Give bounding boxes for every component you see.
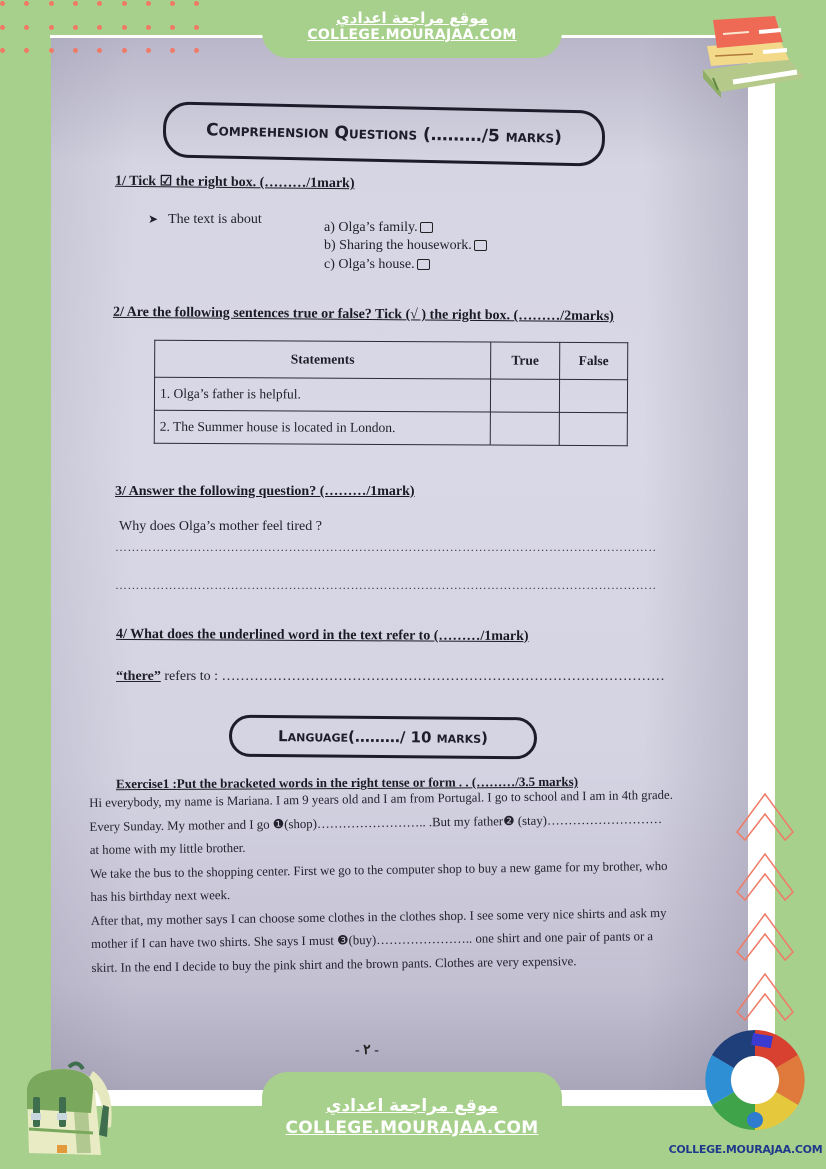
q4-prompt: refers to : …………………………………………………………………………… [161,669,664,684]
q1-stem-text: The text is about [168,212,262,227]
site-footer-banner[interactable]: موقع مراجعة اعدادي COLLEGE.MOURAJAA.COM [262,1072,562,1169]
q1-heading: 1/ Tick ☑ the right box. (………/1mark) [115,173,355,193]
logo-caption: COLLEGE.MOURAJAA.COM [665,1143,826,1156]
decorative-dot [146,48,151,53]
decorative-dot [49,25,54,30]
decorative-dot [170,1,175,6]
checkbox-c[interactable] [417,259,430,270]
q1-stem: ➤The text is about [148,212,262,228]
decorative-dot [73,1,78,6]
decorative-dot [122,25,127,30]
table-row: 1. Olga’s father is helpful. [154,377,627,412]
header-statements: Statements [155,340,491,379]
decorative-dot [0,48,5,53]
q4-answer-line[interactable]: “there” refers to : ……………………………………………………… [116,669,664,685]
checkbox-a[interactable] [420,222,433,233]
q3-heading: 3/ Answer the following question? (………/1… [115,484,415,500]
false-cell-1[interactable] [559,379,627,412]
chevron-up-decoration-icon [735,790,795,1030]
decorative-dot [146,25,151,30]
decorative-dot [146,1,151,6]
footer-arabic-title[interactable]: موقع مراجعة اعدادي [262,1072,562,1116]
exercise1-paragraph: Hi everybody, my name is Mariana. I am 9… [89,783,732,980]
true-cell-2[interactable] [490,412,559,445]
statement-2: 2. The Summer house is located in London… [154,410,490,445]
exam-page: Comprehension Questions (………/5 marks) 1/… [51,38,748,1090]
underlined-word: “there” [116,669,161,684]
q3-answer-line-2[interactable]: …………………………………………………………………………………………………………… [115,578,657,593]
decorative-dot [97,25,102,30]
decorative-dot [0,25,5,30]
decorative-dot [194,25,199,30]
q3-answer-line-1[interactable]: …………………………………………………………………………………………………………… [115,540,655,555]
footer-site-link[interactable]: COLLEGE.MOURAJAA.COM [262,1118,562,1138]
decorative-dot [49,1,54,6]
decorative-dot [122,1,127,6]
table-header-row: Statements True False [155,340,628,379]
decorative-dot [24,48,29,53]
decorative-dot [122,48,127,53]
decorative-dot [0,1,5,6]
header-true: True [491,342,560,379]
decorative-dot [24,25,29,30]
site-header-banner[interactable]: موقع مراجعة اعدادي COLLEGE.MOURAJAA.COM [262,0,562,58]
q1-option-b[interactable]: b) Sharing the housework. [324,238,487,254]
decorative-dot [170,48,175,53]
q1-option-a-label: a) Olga’s family. [324,220,418,235]
decorative-dot [73,25,78,30]
decorative-dot [73,48,78,53]
comprehension-section-title: Comprehension Questions (………/5 marks) [162,101,605,166]
backpack-icon [15,1057,115,1157]
language-title-text: Language(………/ 10 marks) [278,727,488,747]
q1-option-c[interactable]: c) Olga’s house. [324,257,430,273]
q2-heading: 2/ Are the following sentences true or f… [113,305,614,325]
comprehension-title-text: Comprehension Questions (………/5 marks) [206,120,562,147]
books-stack-icon [693,10,811,100]
q1-option-c-label: c) Olga’s house. [324,257,415,272]
decorative-dots [0,0,200,60]
q4-heading: 4/ What does the underlined word in the … [116,627,529,645]
language-section-title: Language(………/ 10 marks) [229,715,537,760]
true-cell-1[interactable] [490,379,559,412]
q1-option-b-label: b) Sharing the housework. [324,238,472,253]
q3-question: Why does Olga’s mother feel tired ? [119,519,322,535]
header-site-link[interactable]: COLLEGE.MOURAJAA.COM [262,27,562,43]
q1-option-a[interactable]: a) Olga’s family. [324,220,433,236]
decorative-dot [170,25,175,30]
header-arabic-title[interactable]: موقع مراجعة اعدادي [262,0,562,27]
decorative-dot [49,48,54,53]
arrow-bullet-icon: ➤ [148,212,158,226]
decorative-dot [194,1,199,6]
checkbox-b[interactable] [474,240,487,251]
decorative-dot [24,1,29,6]
true-false-table: Statements True False 1. Olga’s father i… [154,340,629,446]
page-number: - ٢ - [355,1042,379,1059]
decorative-dot [97,48,102,53]
decorative-dot [194,48,199,53]
college-logo-icon [695,1022,815,1142]
decorative-dot [97,1,102,6]
header-false: False [560,342,628,379]
table-row: 2. The Summer house is located in London… [154,410,627,445]
statement-1: 1. Olga’s father is helpful. [154,377,490,412]
false-cell-2[interactable] [559,412,627,445]
